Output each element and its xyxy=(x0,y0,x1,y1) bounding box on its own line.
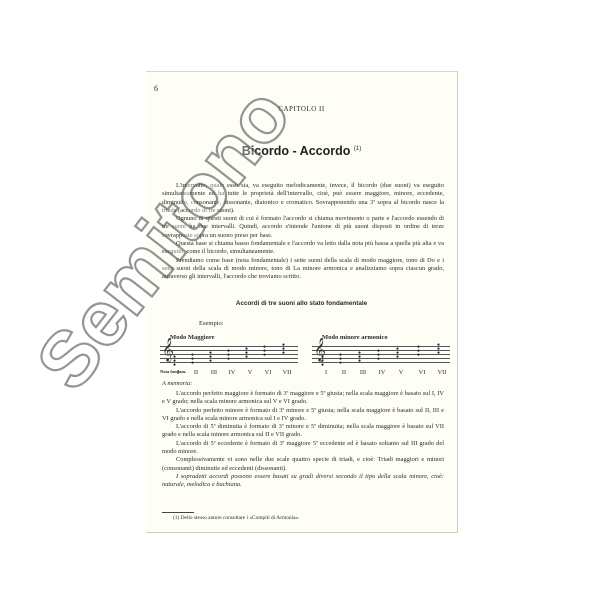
degree: V xyxy=(248,369,253,376)
memoria-text: L'accordo perfetto maggiore è formato di… xyxy=(162,390,444,490)
memoria-label: A memoria: xyxy=(162,380,192,387)
paragraph: L'accordo perfetto maggiore è formato di… xyxy=(162,390,444,407)
music-staff: 𝄞 ●●●●●●●●●●●●●●●●●●●●● xyxy=(160,343,298,365)
degree: VII xyxy=(283,369,292,376)
degree: III xyxy=(360,369,366,376)
triad-chord: ●●● xyxy=(191,354,194,366)
triad-chord: ●●● xyxy=(396,348,399,360)
triad-chord: ●●● xyxy=(282,344,285,356)
degree: VI xyxy=(419,369,426,376)
chapter-heading: CAPITOLO II xyxy=(146,105,457,113)
example-label: Esempio: xyxy=(199,320,224,327)
paragraph: I sopradetti accordi possono essere basa… xyxy=(162,473,444,490)
staff-major: Modo Maggiore 𝄞 ●●●●●●●●●●●●●●●●●●●●● No… xyxy=(160,334,298,379)
staff-label: Modo minore armonico xyxy=(322,334,450,341)
paragraph: Questa base si chiama basso fondamentale… xyxy=(162,240,444,257)
paragraph: L'accordo di 5ª eccedente è formato di 3… xyxy=(162,440,444,457)
degree-numerals: I II III IV V VI VII xyxy=(312,369,450,379)
music-staff: 𝄞 ●●●●●●●●●●●●●●●●●●●●● xyxy=(312,343,450,365)
triad-chord: ●●● xyxy=(227,350,230,362)
triad-chord: ●●● xyxy=(377,350,380,362)
paragraph: L'accordo perfetto minore è formato di 3… xyxy=(162,407,444,424)
degree: I xyxy=(177,369,179,376)
staff-label: Modo Maggiore xyxy=(170,334,298,341)
degree-numerals: Nota fondam. I II III IV V VI VII xyxy=(160,369,298,379)
triad-chord: ●●● xyxy=(358,352,361,364)
row-label: Nota fondam. xyxy=(160,369,186,374)
triad-chord: ●●● xyxy=(209,352,212,364)
paragraph: L'intervallo, quale esso sia, va eseguit… xyxy=(162,182,444,215)
triad-chord: ●●● xyxy=(339,354,342,366)
intro-text: L'intervallo, quale esso sia, va eseguit… xyxy=(162,182,444,282)
paragraph: Ognuno di questi suoni di cui è formato … xyxy=(162,215,444,240)
degree: V xyxy=(399,369,404,376)
page-title: Bicordo - Accordo (1) xyxy=(146,144,457,158)
degree: VI xyxy=(265,369,272,376)
degree: II xyxy=(194,369,198,376)
triad-chord: ●●● xyxy=(417,346,420,358)
footnote: (1) Dello stesso autore consultare i «Co… xyxy=(173,515,300,521)
degree: IV xyxy=(229,369,236,376)
section-title: Accordi di tre suoni allo stato fondamen… xyxy=(146,300,457,307)
treble-clef-icon: 𝄞 xyxy=(314,340,326,360)
degree: I xyxy=(325,369,327,376)
paragraph: Prendiamo come base (nota fondamentale) … xyxy=(162,257,444,282)
title-footnote-marker: (1) xyxy=(354,146,361,152)
triad-chord: ●●● xyxy=(437,344,440,356)
triad-chord: ●●● xyxy=(263,346,266,358)
degree: VII xyxy=(438,369,447,376)
paragraph: Complessivamente vi sono nelle due scale… xyxy=(162,456,444,473)
document-page: 6 CAPITOLO II Bicordo - Accordo (1) L'in… xyxy=(146,71,458,533)
triad-chord: ●●● xyxy=(245,348,248,360)
paragraph: L'accordo di 5ª diminuita è formato di 3… xyxy=(162,423,444,440)
triad-chord: ●●● xyxy=(173,356,176,368)
page-number: 6 xyxy=(154,84,158,93)
footnote-divider xyxy=(162,512,194,513)
staff-minor: Modo minore armonico 𝄞 ●●●●●●●●●●●●●●●●●… xyxy=(312,334,450,379)
degree: II xyxy=(342,369,346,376)
triad-chord: ●●● xyxy=(321,356,324,368)
degree: IV xyxy=(379,369,386,376)
title-text: Bicordo - Accordo xyxy=(242,144,351,158)
degree: III xyxy=(211,369,217,376)
